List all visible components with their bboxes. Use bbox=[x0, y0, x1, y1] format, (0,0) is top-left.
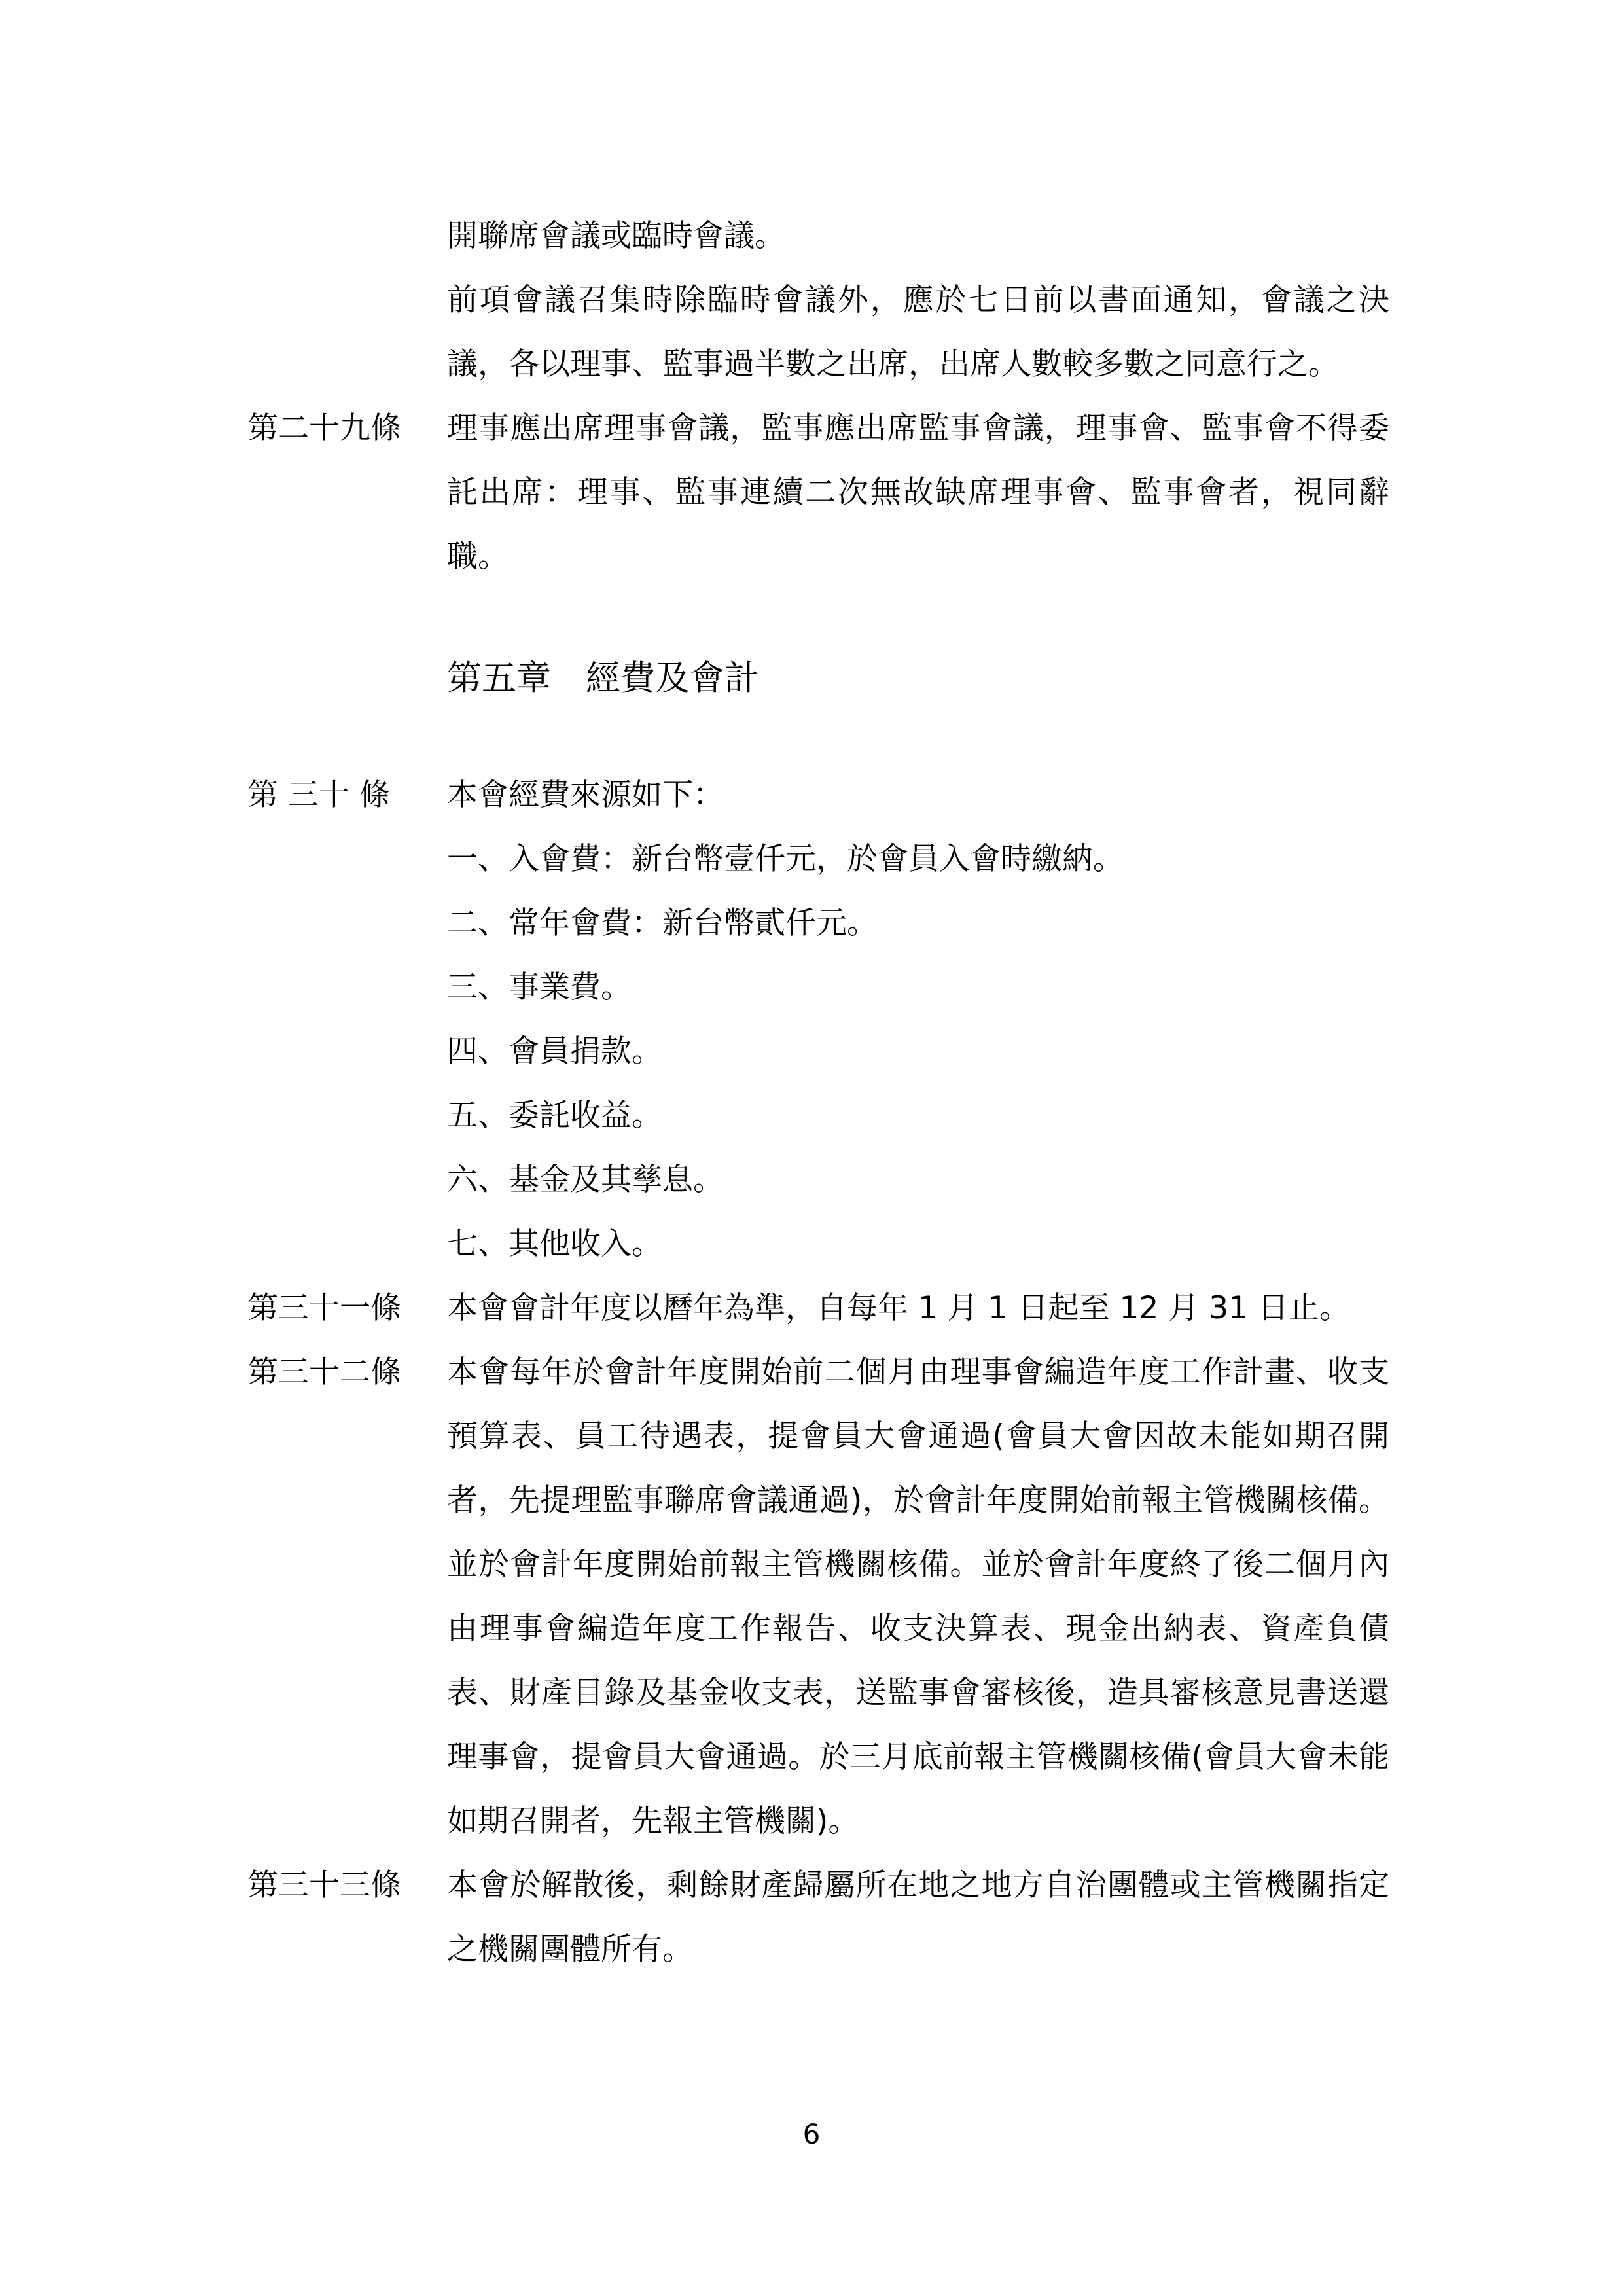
chapter-heading: 第五章 經費及會計 bbox=[447, 647, 1389, 711]
document-page: 開聯席會議或臨時會議。 前項會議召集時除臨時會議外，應於七日前以書面通知，會議之… bbox=[0, 0, 1623, 2296]
article-29-label: 第二十九條 bbox=[247, 397, 447, 461]
article-32-label: 第三十二條 bbox=[247, 1340, 447, 1405]
list-item-4: 四、會員捐款。 bbox=[447, 1020, 1389, 1084]
article-30-body: 本會經費來源如下： 一、入會費：新台幣壹仟元，於會員入會時繳納。 二、常年會費：… bbox=[447, 763, 1389, 1276]
list-item-5: 五、委託收益。 bbox=[447, 1084, 1389, 1148]
article-31-text: 本會會計年度以曆年為準，自每年 1 月 1 日起至 12 月 31 日止。 bbox=[447, 1276, 1389, 1340]
article-30-text: 本會經費來源如下： bbox=[447, 763, 1389, 827]
page-number: 6 bbox=[0, 2118, 1623, 2151]
continuation-paragraph: 前項會議召集時除臨時會議外，應於七日前以書面通知，會議之決議，各以理事、監事過半… bbox=[447, 268, 1389, 397]
list-item-7: 七、其他收入。 bbox=[447, 1212, 1389, 1276]
list-item-3: 三、事業費。 bbox=[447, 956, 1389, 1020]
article-32: 第三十二條 本會每年於會計年度開始前二個月由理事會編造年度工作計畫、收支預算表、… bbox=[247, 1340, 1389, 1854]
continuation-line: 開聯席會議或臨時會議。 bbox=[447, 204, 1389, 268]
article-29-text: 理事應出席理事會議，監事應出席監事會議，理事會、監事會不得委託出席：理事、監事連… bbox=[447, 397, 1389, 589]
article-33-label: 第三十三條 bbox=[247, 1854, 447, 1918]
article-30-label: 第 三十 條 bbox=[247, 763, 447, 827]
article-31-label: 第三十一條 bbox=[247, 1276, 447, 1340]
article-29: 第二十九條 理事應出席理事會議，監事應出席監事會議，理事會、監事會不得委託出席：… bbox=[247, 397, 1389, 589]
list-item-1: 一、入會費：新台幣壹仟元，於會員入會時繳納。 bbox=[447, 827, 1389, 891]
list-item-6: 六、基金及其孳息。 bbox=[447, 1148, 1389, 1212]
document-content: 開聯席會議或臨時會議。 前項會議召集時除臨時會議外，應於七日前以書面通知，會議之… bbox=[247, 204, 1389, 1982]
article-30: 第 三十 條 本會經費來源如下： 一、入會費：新台幣壹仟元，於會員入會時繳納。 … bbox=[247, 763, 1389, 1276]
article-32-text: 本會每年於會計年度開始前二個月由理事會編造年度工作計畫、收支預算表、員工待遇表，… bbox=[447, 1340, 1389, 1854]
article-31: 第三十一條 本會會計年度以曆年為準，自每年 1 月 1 日起至 12 月 31 … bbox=[247, 1276, 1389, 1340]
article-33: 第三十三條 本會於解散後，剩餘財產歸屬所在地之地方自治團體或主管機關指定之機關團… bbox=[247, 1854, 1389, 1982]
list-item-2: 二、常年會費：新台幣貳仟元。 bbox=[447, 891, 1389, 956]
article-33-text: 本會於解散後，剩餘財產歸屬所在地之地方自治團體或主管機關指定之機關團體所有。 bbox=[447, 1854, 1389, 1982]
